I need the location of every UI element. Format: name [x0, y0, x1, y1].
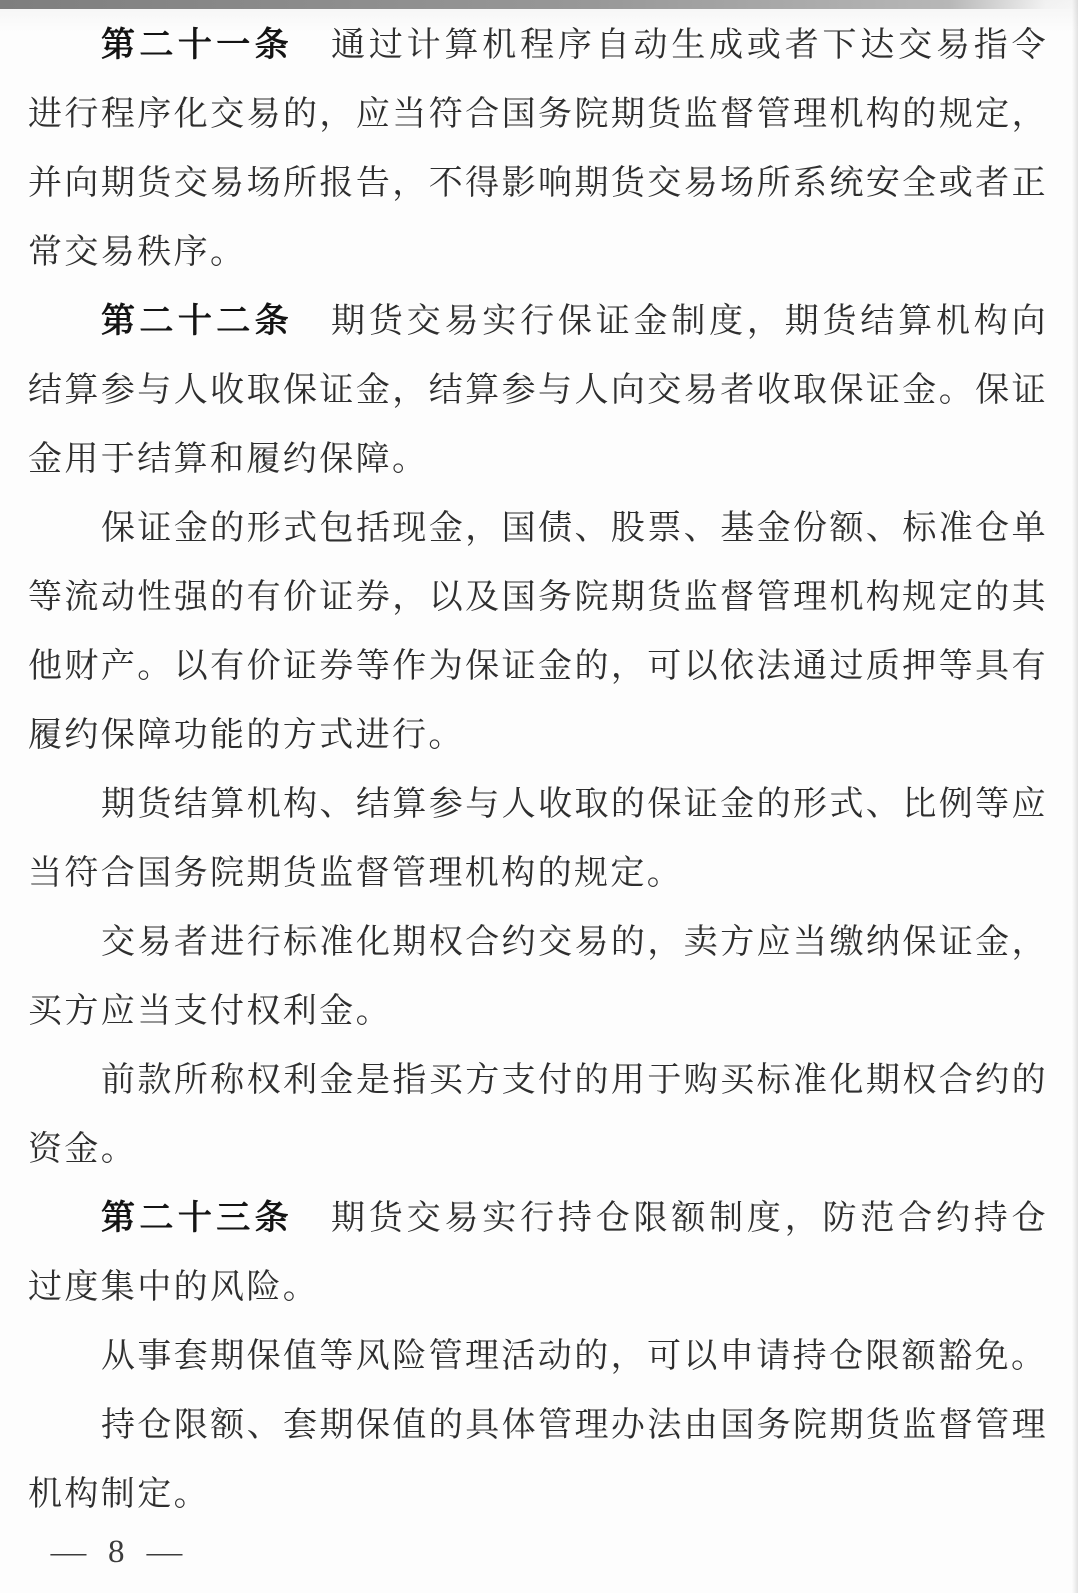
page-footer: — 8 —: [53, 1532, 180, 1572]
footer-left-dash: —: [51, 1532, 87, 1572]
article-22-number: 第二十二条: [101, 302, 293, 340]
document-body: 第二十一条通过计算机程序自动生成或者下达交易指令进行程序化交易的，应当符合国务院…: [28, 11, 1048, 1529]
document-page: 第二十一条通过计算机程序自动生成或者下达交易指令进行程序化交易的，应当符合国务院…: [0, 0, 1078, 1593]
para-article-21: 第二十一条通过计算机程序自动生成或者下达交易指令进行程序化交易的，应当符合国务院…: [28, 11, 1048, 287]
scan-artifact-right: [1072, 0, 1078, 1593]
page-number: 8: [108, 1532, 125, 1572]
article-23-number: 第二十三条: [101, 1199, 293, 1237]
scan-artifact-top: [0, 0, 1078, 9]
para-article-23-clause-3: 持仓限额、套期保值的具体管理办法由国务院期货监督管理机构制定。: [28, 1391, 1048, 1529]
para-article-22-clause-2: 保证金的形式包括现金，国债、股票、基金份额、标准仓单等流动性强的有价证券，以及国…: [28, 494, 1048, 770]
article-21-number: 第二十一条: [101, 26, 293, 64]
para-article-22-clause-5: 前款所称权利金是指买方支付的用于购买标准化期权合约的资金。: [28, 1046, 1048, 1184]
para-article-23: 第二十三条期货交易实行持仓限额制度，防范合约持仓过度集中的风险。: [28, 1184, 1048, 1322]
para-article-23-clause-2: 从事套期保值等风险管理活动的，可以申请持仓限额豁免。: [28, 1322, 1048, 1391]
para-article-22-clause-4: 交易者进行标准化期权合约交易的，卖方应当缴纳保证金，买方应当支付权利金。: [28, 908, 1048, 1046]
footer-right-dash: —: [146, 1532, 182, 1572]
para-article-22-clause-3: 期货结算机构、结算参与人收取的保证金的形式、比例等应当符合国务院期货监督管理机构…: [28, 770, 1048, 908]
para-article-22: 第二十二条期货交易实行保证金制度，期货结算机构向结算参与人收取保证金，结算参与人…: [28, 287, 1048, 494]
